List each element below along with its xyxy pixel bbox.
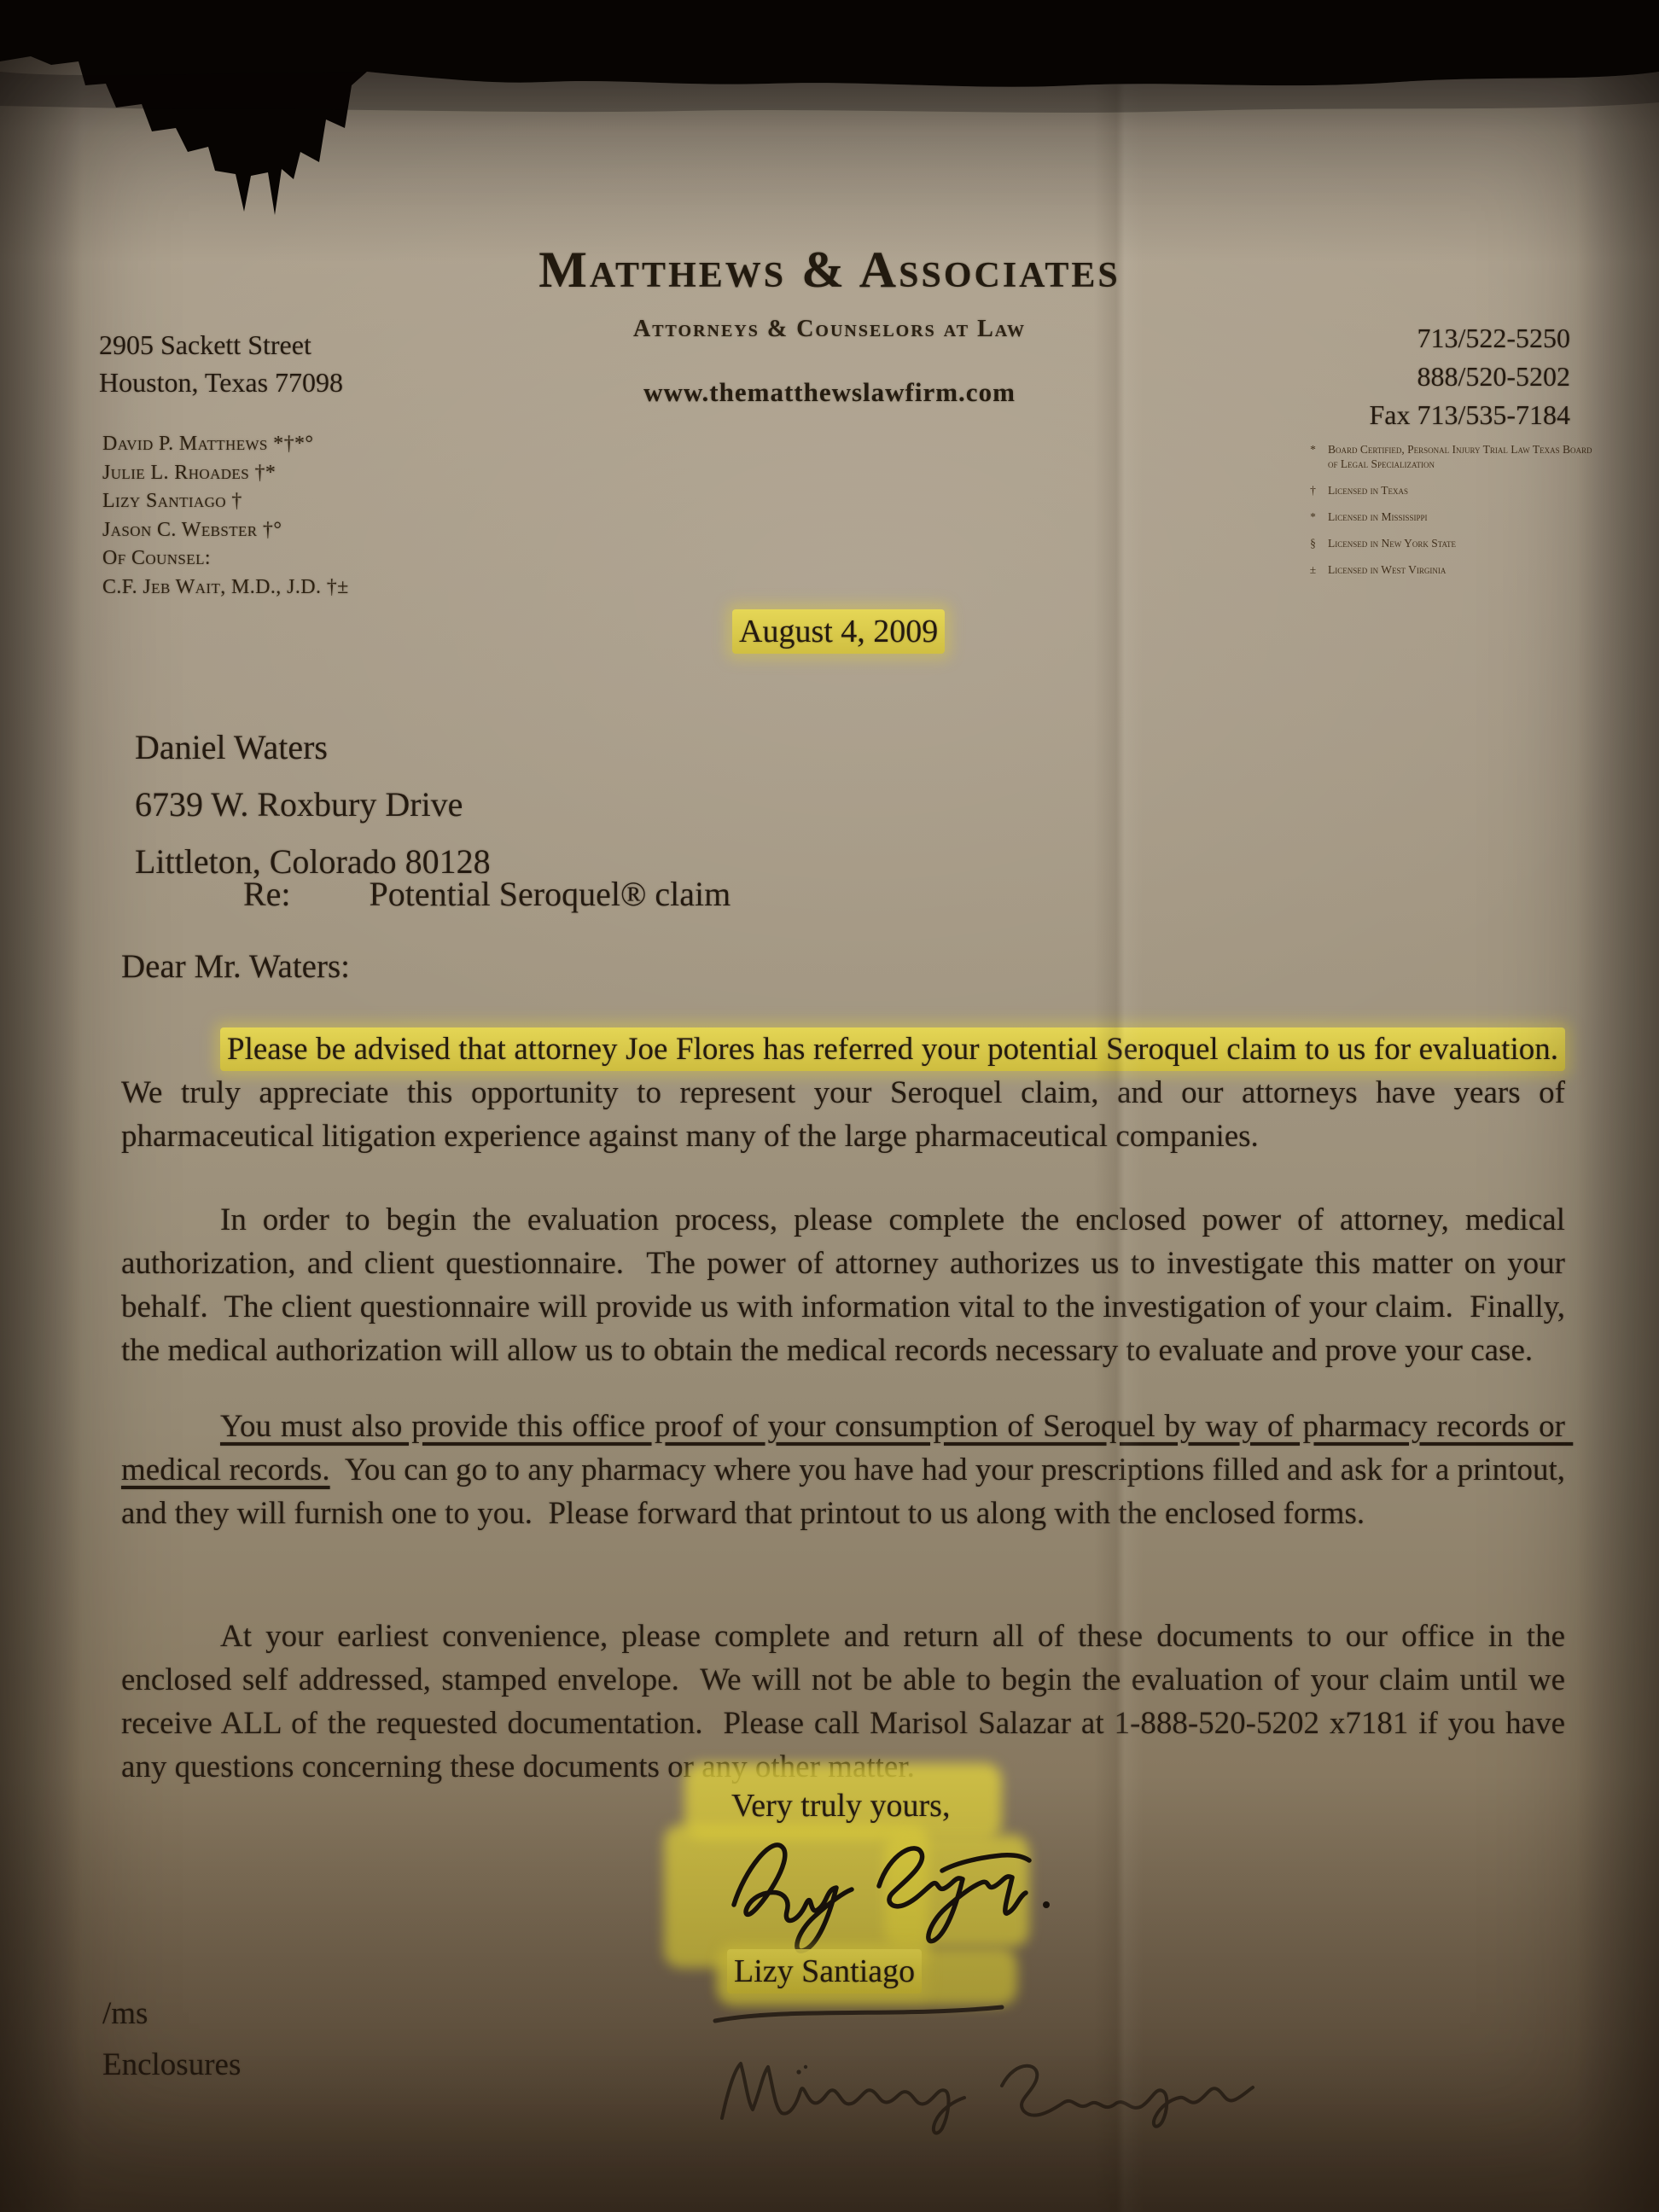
credential-item: * Board Certified, Personal Injury Trial… [1307, 442, 1598, 471]
credential-item: * Licensed in Mississippi [1307, 509, 1598, 524]
lizy-santiago-signature [701, 1804, 1060, 1966]
paragraph-2: In order to begin the evaluation process… [121, 1198, 1565, 1372]
license-legend: * Board Certified, Personal Injury Trial… [1307, 442, 1598, 589]
typist-initials: /ms [102, 1995, 148, 2032]
fax-number: Fax 713/535-7184 [1369, 396, 1570, 434]
credential-item: ± Licensed in West Virginia [1307, 562, 1598, 577]
letter-date: August 4, 2009 [732, 613, 945, 650]
re-label: Re: [243, 875, 291, 913]
attorney-name: Jason C. Webster †° [102, 516, 349, 545]
credential-symbol: * [1307, 442, 1318, 471]
firm-phones: 713/522-5250 888/520-5202 Fax 713/535-71… [1369, 319, 1570, 434]
firm-address: 2905 Sackett Street Houston, Texas 77098 [99, 326, 343, 401]
credential-text: Licensed in Texas [1328, 483, 1408, 498]
recipient-street: 6739 W. Roxbury Drive [135, 776, 491, 833]
phone-number-1: 713/522-5250 [1369, 319, 1570, 358]
attorney-list: David P. Matthews *†*° Julie L. Rhoades … [102, 430, 349, 602]
signer-name: Lizy Santiago [727, 1953, 922, 1990]
credential-item: † Licensed in Texas [1307, 483, 1598, 498]
attorney-name: Lizy Santiago † [102, 487, 349, 516]
address-line-1: 2905 Sackett Street [99, 326, 343, 364]
of-counsel-label: Of Counsel: [102, 544, 349, 573]
date-highlight: August 4, 2009 [732, 609, 945, 654]
torn-dark-edge [0, 0, 1659, 273]
re-subject: Potential Seroquel® claim [370, 875, 731, 913]
credential-text: Licensed in West Virginia [1328, 562, 1446, 577]
address-line-2: Houston, Texas 77098 [99, 364, 343, 401]
photographed-letter: Matthews & Associates Attorneys & Counse… [0, 0, 1659, 2212]
credential-symbol: § [1307, 536, 1318, 550]
credential-text: Licensed in New York State [1328, 536, 1456, 550]
signer-name-highlight: Lizy Santiago [727, 1949, 922, 1994]
handwritten-underline [710, 2002, 1009, 2028]
attorney-name: David P. Matthews *†*° [102, 430, 349, 459]
credential-text: Licensed in Mississippi [1328, 509, 1428, 524]
marisol-salazar-handwriting [715, 2033, 1261, 2152]
attorney-name: Julie L. Rhoades †* [102, 459, 349, 488]
re-line: Re:Potential Seroquel® claim [243, 874, 731, 914]
credential-item: § Licensed in New York State [1307, 536, 1598, 550]
recipient-name: Daniel Waters [135, 719, 491, 776]
attorney-name: C.F. Jeb Wait, M.D., J.D. †± [102, 573, 349, 602]
paragraph-3-rest: You can go to any pharmacy where you hav… [121, 1452, 1573, 1531]
paragraph-1: Please be advised that attorney Joe Flor… [121, 1027, 1565, 1158]
credential-symbol: † [1307, 483, 1318, 498]
phone-number-2: 888/520-5202 [1369, 358, 1570, 396]
credential-text: Board Certified, Personal Injury Trial L… [1328, 442, 1598, 471]
credential-symbol: * [1307, 509, 1318, 524]
letter-paper: Matthews & Associates Attorneys & Counse… [0, 22, 1659, 2212]
paragraph-3: You must also provide this office proof … [121, 1405, 1565, 1535]
highlighted-sentence: Please be advised that attorney Joe Flor… [220, 1027, 1565, 1071]
salutation: Dear Mr. Waters: [121, 947, 350, 986]
recipient-address: Daniel Waters 6739 W. Roxbury Drive Litt… [135, 719, 491, 890]
enclosures-label: Enclosures [102, 2046, 241, 2083]
credential-symbol: ± [1307, 562, 1318, 577]
